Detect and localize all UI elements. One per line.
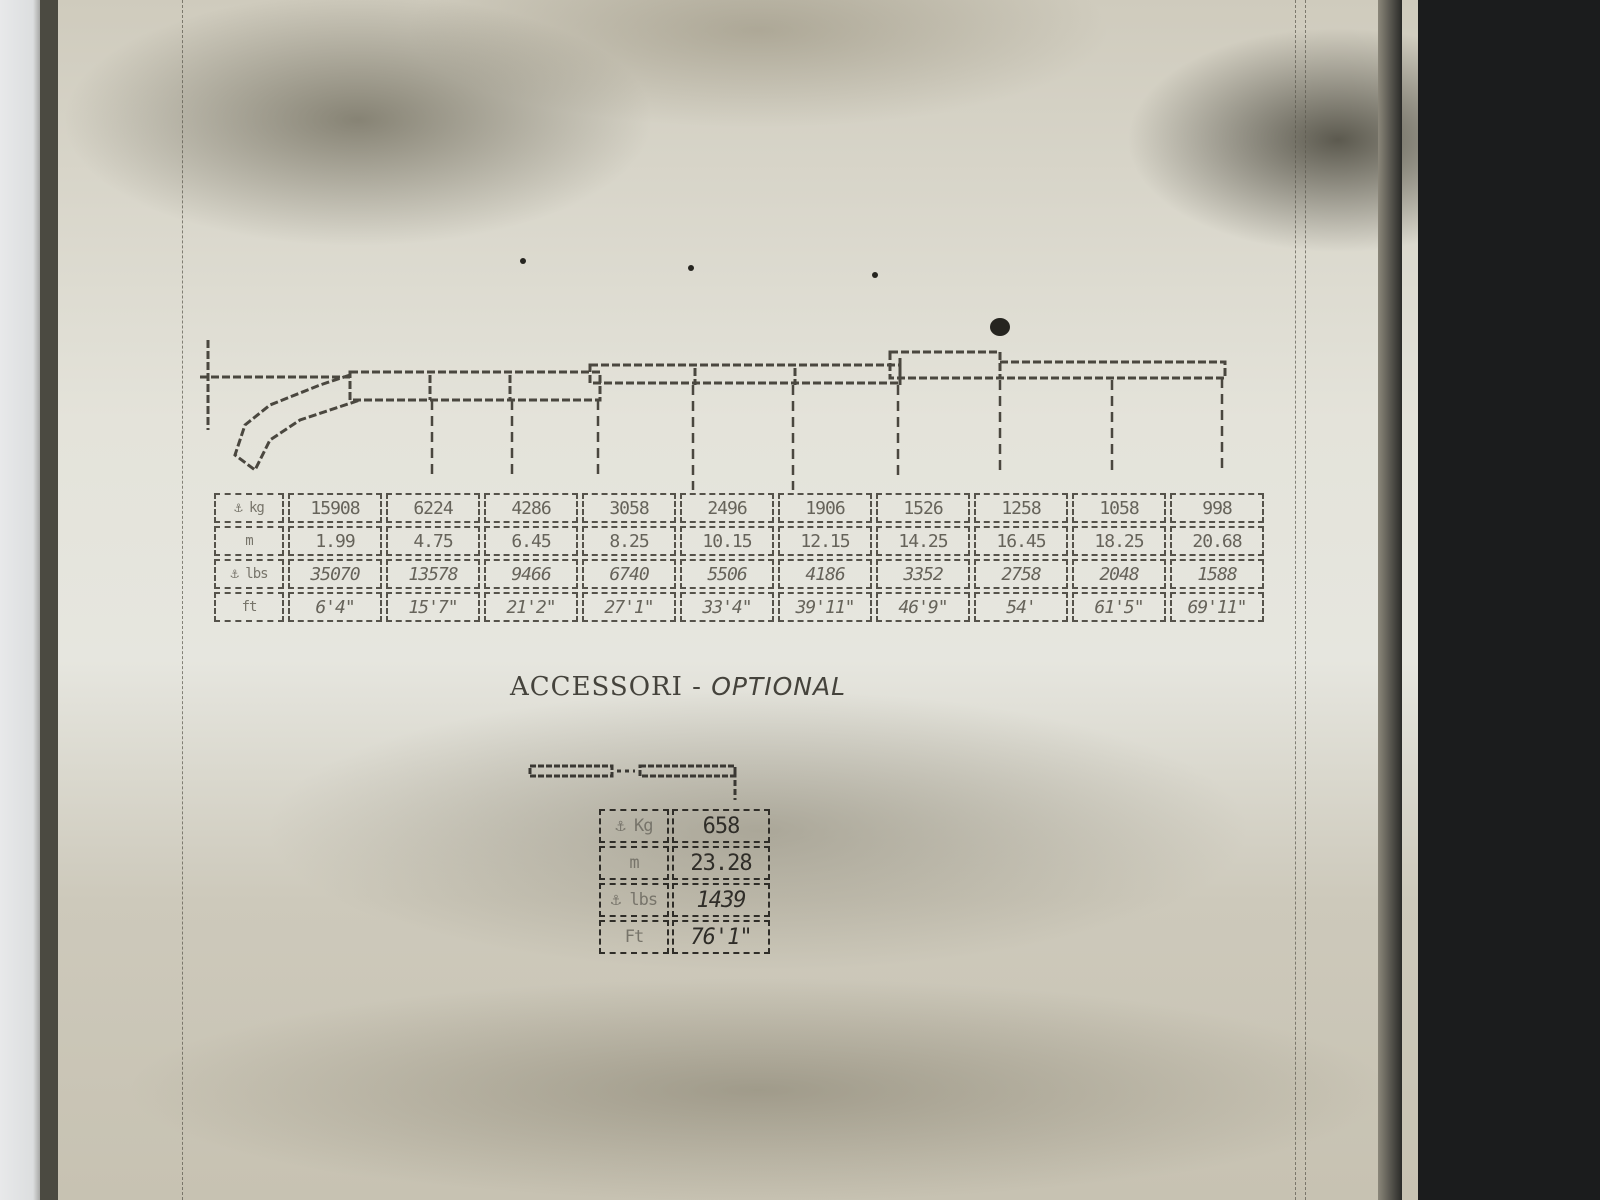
cell-kg-2: 6224: [386, 493, 480, 523]
cell-kg-5: 2496: [680, 493, 774, 523]
cell-m-9: 18.25: [1072, 526, 1166, 556]
row-lbs: ⚓ lbs 35070 13578 9466 6740 5506 4186 33…: [214, 559, 1264, 589]
load-hook-icon: ⚓: [234, 500, 241, 516]
opt-row-lbs: ⚓ lbs 1439: [599, 883, 770, 917]
cell-m-5: 10.15: [680, 526, 774, 556]
cell-lbs-10: 1588: [1170, 559, 1264, 589]
cell-ft-5: 33'4": [680, 592, 774, 622]
cell-lbs-3: 9466: [484, 559, 578, 589]
row-ft: ft 6'4" 15'7" 21'2" 27'1" 33'4" 39'11" 4…: [214, 592, 1264, 622]
border-line-right: [1295, 0, 1296, 1200]
load-hook-icon: ⚓: [611, 890, 620, 910]
opt-header-ft: Ft: [599, 920, 669, 954]
cell-kg-6: 1906: [778, 493, 872, 523]
optional-load-chart: ⚓ Kg 658 m 23.28 ⚓ lbs 1439 Ft 76'1": [596, 806, 773, 957]
load-hook-icon: ⚓: [616, 816, 625, 836]
title-separator: -: [683, 672, 711, 702]
row-kg: ⚓ kg 15908 6224 4286 3058 2496 1906 1526…: [214, 493, 1264, 523]
cell-ft-2: 15'7": [386, 592, 480, 622]
cell-lbs-4: 6740: [582, 559, 676, 589]
stain-dot: [688, 265, 694, 271]
cell-m-8: 16.45: [974, 526, 1068, 556]
cell-lbs-9: 2048: [1072, 559, 1166, 589]
opt-row-m: m 23.28: [599, 846, 770, 880]
cell-ft-3: 21'2": [484, 592, 578, 622]
opt-row-ft: Ft 76'1": [599, 920, 770, 954]
accessory-extension-diagram: [525, 760, 745, 800]
cell-m-2: 4.75: [386, 526, 480, 556]
opt-cell-lbs: 1439: [672, 883, 770, 917]
opt-cell-m: 23.28: [672, 846, 770, 880]
cell-kg-7: 1526: [876, 493, 970, 523]
cell-m-1: 1.99: [288, 526, 382, 556]
cell-kg-1: 15908: [288, 493, 382, 523]
cell-ft-7: 46'9": [876, 592, 970, 622]
plate-right-edge: [1378, 0, 1402, 1200]
cell-kg-3: 4286: [484, 493, 578, 523]
cell-m-7: 14.25: [876, 526, 970, 556]
cell-m-10: 20.68: [1170, 526, 1264, 556]
cell-ft-8: 54': [974, 592, 1068, 622]
cell-lbs-7: 3352: [876, 559, 970, 589]
opt-row-kg: ⚓ Kg 658: [599, 809, 770, 843]
main-load-chart: ⚓ kg 15908 6224 4286 3058 2496 1906 1526…: [210, 490, 1268, 625]
cell-m-3: 6.45: [484, 526, 578, 556]
load-hook-icon: ⚓: [230, 566, 237, 582]
cell-lbs-8: 2758: [974, 559, 1068, 589]
cell-lbs-1: 35070: [288, 559, 382, 589]
cell-kg-9: 1058: [1072, 493, 1166, 523]
section-title: ACCESSORI - OPTIONAL: [510, 672, 846, 702]
cell-ft-9: 61'5": [1072, 592, 1166, 622]
cell-ft-6: 39'11": [778, 592, 872, 622]
row-m: m 1.99 4.75 6.45 8.25 10.15 12.15 14.25 …: [214, 526, 1264, 556]
cell-m-4: 8.25: [582, 526, 676, 556]
border-line-right-2: [1305, 0, 1306, 1200]
cell-ft-4: 27'1": [582, 592, 676, 622]
opt-header-lbs: ⚓ lbs: [599, 883, 669, 917]
title-optional: OPTIONAL: [711, 672, 846, 701]
opt-cell-ft: 76'1": [672, 920, 770, 954]
crane-boom-diagram: [200, 330, 1260, 490]
header-m: m: [214, 526, 284, 556]
title-accessori: ACCESSORI: [510, 672, 683, 702]
cell-m-6: 12.15: [778, 526, 872, 556]
cell-ft-10: 69'11": [1170, 592, 1264, 622]
border-line-left: [182, 0, 183, 1200]
opt-header-kg: ⚓ Kg: [599, 809, 669, 843]
cell-lbs-2: 13578: [386, 559, 480, 589]
header-kg: ⚓ kg: [214, 493, 284, 523]
stain-dot: [520, 258, 526, 264]
cell-ft-1: 6'4": [288, 592, 382, 622]
opt-header-m: m: [599, 846, 669, 880]
cell-lbs-6: 4186: [778, 559, 872, 589]
cell-kg-4: 3058: [582, 493, 676, 523]
header-lbs: ⚓ lbs: [214, 559, 284, 589]
cell-kg-10: 998: [1170, 493, 1264, 523]
cell-kg-8: 1258: [974, 493, 1068, 523]
cell-lbs-5: 5506: [680, 559, 774, 589]
header-ft: ft: [214, 592, 284, 622]
stain-dot: [872, 272, 878, 278]
opt-cell-kg: 658: [672, 809, 770, 843]
